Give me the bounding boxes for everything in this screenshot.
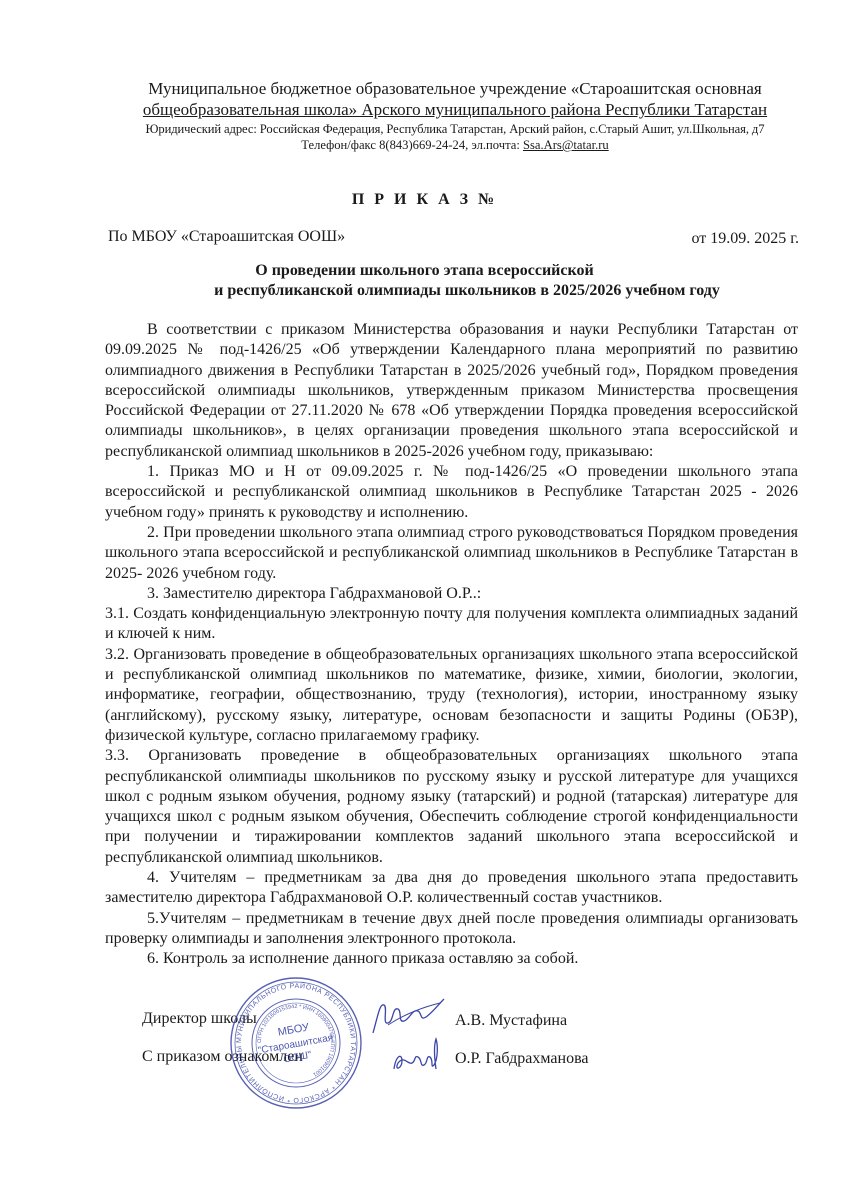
letterhead-org-line2: общеобразовательная школа» Арского муниц… [110, 99, 800, 120]
acknowledgment-signature-icon [388, 1035, 448, 1075]
preamble-paragraph: В соответствии с приказом Министерства о… [105, 320, 798, 462]
director-name: А.В. Мустафина [455, 1012, 567, 1030]
order-item-3-1: 3.1. Создать конфиденциальную электронну… [105, 604, 798, 645]
order-title: П Р И К А З № [0, 191, 849, 209]
document-page: Муниципальное бюджетное образовательное … [0, 0, 849, 1200]
acknowledged-name: О.Р. Габдрахманова [455, 1050, 589, 1068]
order-item-3: 3. Заместителю директора Габдрахмановой … [105, 584, 798, 604]
order-item-1: 1. Приказ МО и Н от 09.09.2025 г. № под-… [105, 462, 798, 523]
official-stamp-icon: МУНИЦИПАЛЬНОГО РАЙОНА РЕСПУБЛИКИ ТАТАРСТ… [228, 975, 364, 1111]
order-subject: О проведении школьного этапа всероссийск… [0, 261, 849, 301]
order-item-4: 4. Учителям – предметникам за два дня до… [105, 868, 798, 909]
director-signature-icon [368, 995, 448, 1040]
letterhead-contacts: Телефон/факс 8(843)669-24-24, эл.почта: … [110, 137, 800, 153]
order-item-5: 5.Учителям – предметникам в течение двух… [105, 909, 798, 950]
order-subject-line1: О проведении школьного этапа всероссийск… [0, 261, 849, 281]
svg-text:МБОУ: МБОУ [277, 1021, 311, 1038]
order-item-3-2: 3.2. Организовать проведение в общеобраз… [105, 645, 798, 746]
order-date: от 19.09. 2025 г. [691, 230, 799, 248]
letterhead-phone: Телефон/факс 8(843)669-24-24, эл.почта: [301, 138, 523, 152]
letterhead: Муниципальное бюджетное образовательное … [110, 78, 800, 153]
letterhead-org-line1: Муниципальное бюджетное образовательное … [110, 78, 800, 99]
order-item-2: 2. При проведении школьного этапа олимпи… [105, 523, 798, 584]
order-organization: По МБОУ «Староашитская ООШ» [108, 228, 345, 246]
order-subject-line2: и республиканской олимпиады школьников в… [0, 281, 849, 301]
order-body: В соответствии с приказом Министерства о… [105, 320, 798, 970]
letterhead-email-link[interactable]: Ssa.Ars@tatar.ru [523, 138, 609, 152]
order-item-6: 6. Контроль за исполнение данного приказ… [105, 949, 798, 969]
svg-text:ООШ": ООШ" [283, 1050, 313, 1066]
letterhead-address: Юридический адрес: Российская Федерация,… [110, 121, 800, 137]
order-item-3-3: 3.3. Организовать проведение в общеобраз… [105, 746, 798, 868]
